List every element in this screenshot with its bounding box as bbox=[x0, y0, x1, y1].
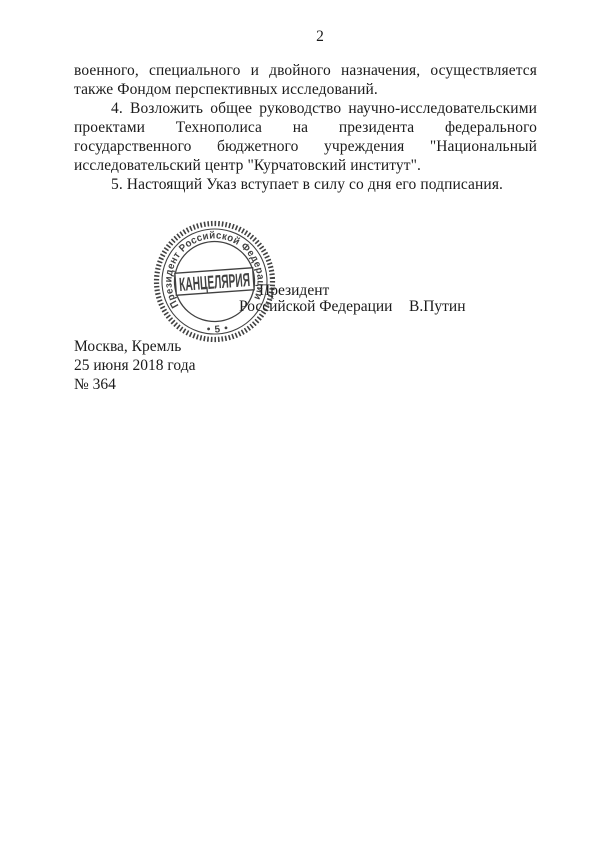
body-line-3: 4. Возложить общее руководство научно-ис… bbox=[74, 99, 537, 118]
footer-block: Москва, Кремль 25 июня 2018 года № 364 bbox=[74, 337, 195, 394]
footer-date: 25 июня 2018 года bbox=[74, 356, 195, 375]
body-line-5: государственного бюджетного учреждения "… bbox=[74, 137, 537, 156]
body-line-7: 5. Настоящий Указ вступает в силу со дня… bbox=[74, 175, 537, 194]
decree-body: военного, специального и двойного назнач… bbox=[74, 61, 537, 194]
chancery-stamp-icon: Президент Российской Федерации • 5 • КАН… bbox=[151, 218, 278, 345]
stamp-bottom-text: • 5 • bbox=[205, 322, 230, 336]
body-line-6: исследовательский центр "Курчатовский ин… bbox=[74, 156, 537, 175]
body-line-1: военного, специального и двойного назнач… bbox=[74, 61, 537, 80]
footer-number: № 364 bbox=[74, 375, 195, 394]
document-page: 2 военного, специального и двойного назн… bbox=[0, 0, 604, 854]
body-line-2: также Фондом перспективных исследований. bbox=[74, 80, 537, 99]
stamp-center-text: КАНЦЕЛЯРИЯ bbox=[178, 270, 250, 296]
stamp-bottom-text-holder: • 5 • bbox=[205, 322, 230, 336]
page-number: 2 bbox=[240, 27, 400, 46]
signature-name: В.Путин bbox=[409, 297, 466, 316]
body-line-4: проектами Технополиса на президента феде… bbox=[74, 118, 537, 137]
